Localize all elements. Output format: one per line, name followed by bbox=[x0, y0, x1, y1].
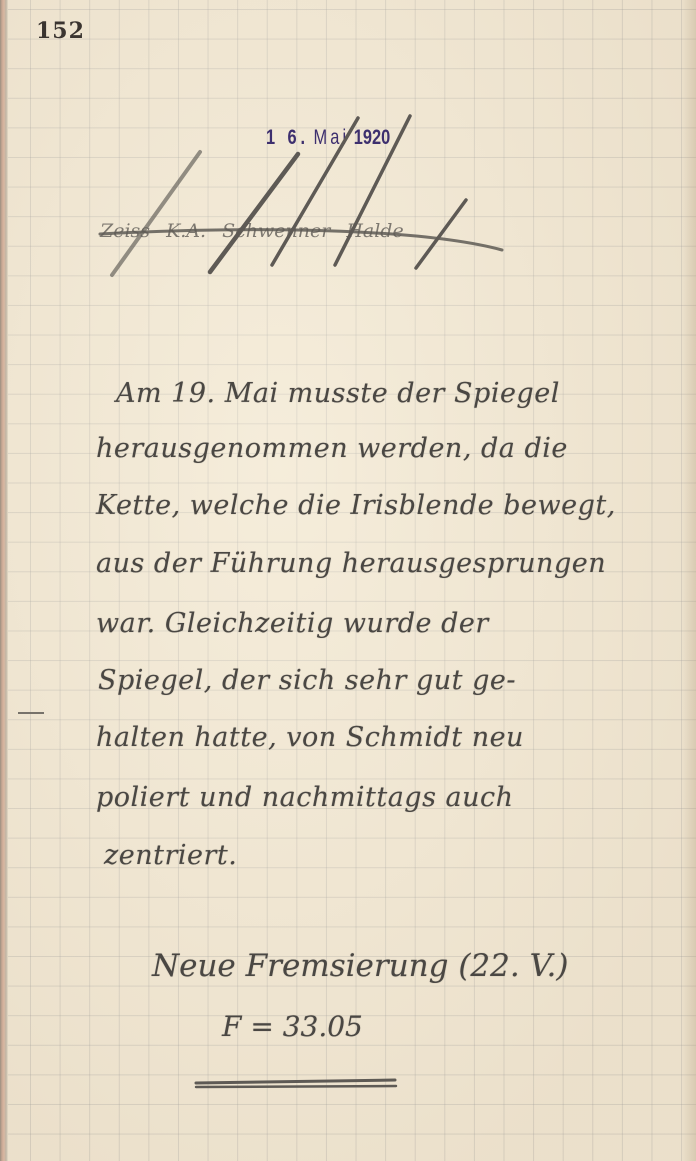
margin-dash-mark bbox=[18, 712, 44, 714]
body-line-6: Spiegel, der sich sehr gut ge- bbox=[98, 665, 516, 696]
body-line-2: herausgenommen werden, da die bbox=[96, 433, 568, 464]
body-line-1: Am 19. Mai musste der Spiegel bbox=[116, 378, 560, 409]
page-binding-edge bbox=[0, 0, 8, 1161]
stamp-month: Mai bbox=[313, 126, 349, 149]
stamp-day: 1 6. bbox=[266, 126, 309, 149]
struck-heading: Zeiss K.A. Schwenner Halde bbox=[100, 220, 404, 242]
stamp-year: 1920 bbox=[354, 126, 390, 149]
note-value: F = 33.05 bbox=[222, 1010, 363, 1043]
body-line-9: zentriert. bbox=[104, 840, 237, 871]
body-line-3: Kette, welche die Irisblende bewegt, bbox=[96, 490, 616, 521]
body-line-8: poliert und nachmittags auch bbox=[96, 782, 514, 813]
body-line-4: aus der Führung herausgesprungen bbox=[96, 548, 606, 579]
page-right-edge bbox=[682, 0, 696, 1161]
date-stamp: 1 6. Mai 1920 bbox=[266, 126, 390, 150]
note-title: Neue Fremsierung (22. V.) bbox=[152, 948, 569, 984]
notebook-page bbox=[0, 0, 696, 1161]
body-line-7: halten hatte, von Schmidt neu bbox=[96, 722, 524, 753]
page-number: 152 bbox=[36, 18, 85, 44]
body-line-5: war. Gleichzeitig wurde der bbox=[96, 608, 489, 639]
